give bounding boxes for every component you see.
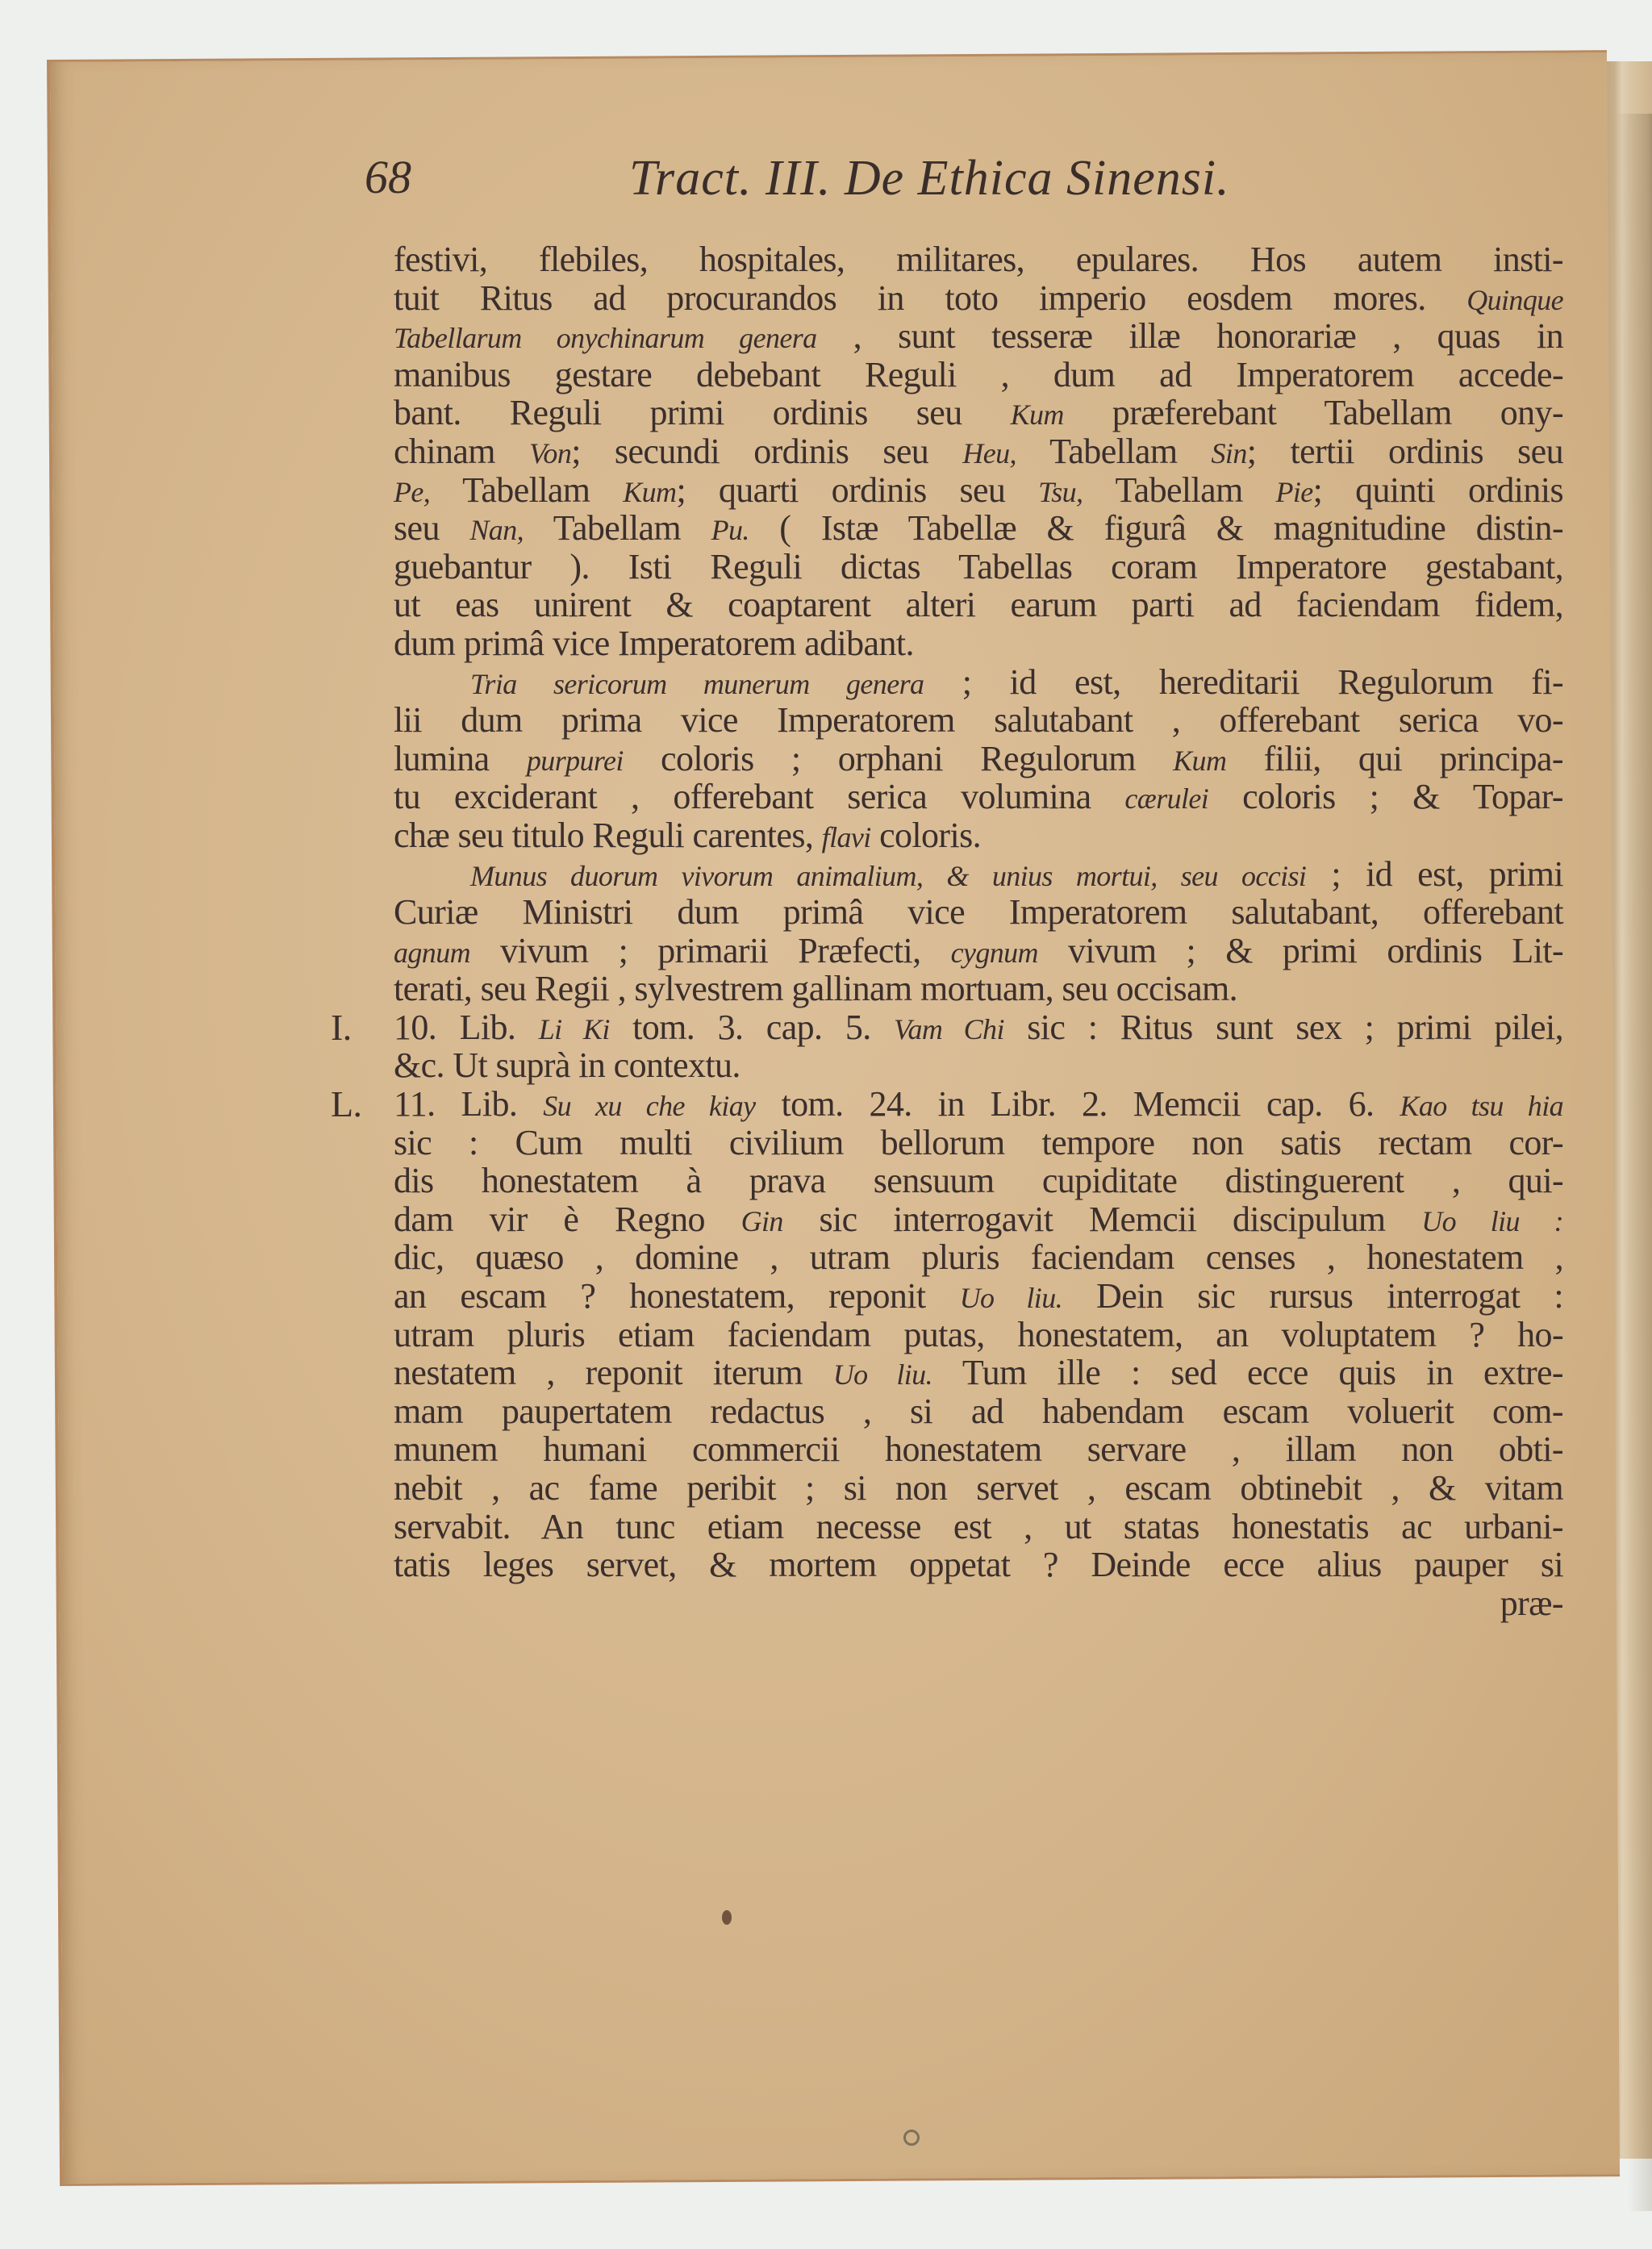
italic-term: Pu. <box>711 514 749 546</box>
text-run: terati, seu Regii , sylvestrem gallinam … <box>394 969 1237 1008</box>
text-run: , sunt tesseræ illæ honorariæ , quas in <box>817 316 1563 356</box>
text-line: &c. Ut suprà in contextu. <box>394 1046 1563 1085</box>
italic-term: cærulei <box>1124 782 1208 815</box>
italic-term: Pe, <box>394 476 430 508</box>
text-line: guebantur ). Isti Reguli dictas Tabellas… <box>394 548 1563 586</box>
italic-term: Uo liu. <box>960 1282 1062 1314</box>
text-run: ut eas unirent & coaptarent alteri earum… <box>394 585 1563 624</box>
text-run: ( Istæ Tabellæ & figurâ & magnitudine di… <box>749 508 1563 548</box>
text-line: an escam ? honestatem, reponit Uo liu. D… <box>394 1277 1563 1316</box>
text-run: nestatem , reponit iterum <box>394 1353 833 1392</box>
text-line: Tria sericorum munerum genera ; id est, … <box>394 663 1563 702</box>
text-run: &c. Ut suprà in contextu. <box>394 1045 740 1085</box>
text-run: tatis leges servet, & mortem oppetat ? D… <box>394 1545 1563 1584</box>
text-line: terati, seu Regii , sylvestrem gallinam … <box>394 970 1563 1008</box>
text-run: festivi, flebiles, hospitales, militares… <box>394 240 1563 279</box>
text-run: coloris. <box>871 816 981 855</box>
text-run: tom. 3. cap. 5. <box>610 1008 894 1047</box>
text-line: nebit , ac fame peribit ; si non servet … <box>394 1469 1563 1508</box>
italic-term: Su xu che kiay <box>543 1090 755 1122</box>
text-run: tu exciderant , offerebant serica volumi… <box>394 777 1124 816</box>
italic-term: Kum <box>1011 398 1064 431</box>
text-line: tatis leges servet, & mortem oppetat ? D… <box>394 1546 1563 1584</box>
italic-term: Kao tsu hia <box>1400 1090 1563 1122</box>
text-run: servabit. An tunc etiam necesse est , ut… <box>394 1507 1563 1546</box>
italic-term: Gin <box>741 1205 783 1237</box>
text-line: L.11. Lib. Su xu che kiay tom. 24. in Li… <box>394 1085 1563 1124</box>
text-run: 11. Lib. <box>394 1084 543 1124</box>
text-run: chæ seu titulo Reguli carentes, <box>394 816 822 855</box>
text-run: seu <box>394 508 469 548</box>
text-line: seu Nan, Tabellam Pu. ( Istæ Tabellæ & f… <box>394 509 1563 548</box>
text-line: Pe, Tabellam Kum; quarti ordinis seu Tsu… <box>394 471 1563 510</box>
text-run: dum primâ vice Imperatorem adibant. <box>394 624 914 663</box>
text-line: nestatem , reponit iterum Uo liu. Tum il… <box>394 1354 1563 1392</box>
text-line: mam paupertatem redactus , si ad habenda… <box>394 1392 1563 1431</box>
text-run: vivum ; & primi ordinis Lit- <box>1038 931 1563 970</box>
italic-term: Heu, <box>962 437 1016 469</box>
text-run: Tabellam <box>430 470 623 510</box>
text-run: utram pluris etiam faciendam putas, hone… <box>394 1315 1563 1354</box>
text-line: utram pluris etiam faciendam putas, hone… <box>394 1316 1563 1354</box>
text-line: sic : Cum multi civilium bellorum tempor… <box>394 1124 1563 1162</box>
italic-term: Kum <box>1173 745 1226 777</box>
text-line: Tabellarum onychinarum genera , sunt tes… <box>394 317 1563 356</box>
text-line: tuit Ritus ad procurandos in toto imperi… <box>394 279 1563 318</box>
text-run: Dein sic rursus interrogat : <box>1062 1276 1563 1316</box>
italic-term: cygnum <box>951 937 1038 969</box>
italic-term: Sin <box>1212 437 1247 469</box>
note-marker: I. <box>331 1008 352 1047</box>
text-run: ; id est, hereditarii Regulorum fi- <box>924 662 1563 702</box>
text-line: Curiæ Ministri dum primâ vice Imperatore… <box>394 893 1563 932</box>
text-run: munem humani commercii honestatem servar… <box>394 1429 1563 1469</box>
text-run: lii dum prima vice Imperatorem salutaban… <box>394 700 1563 740</box>
text-run: Tum ille : sed ecce quis in extre- <box>932 1353 1563 1392</box>
text-run: manibus gestare debebant Reguli , dum ad… <box>394 355 1563 394</box>
italic-term: Tabellarum onychinarum genera <box>394 322 817 354</box>
italic-term: Tria sericorum munerum genera <box>470 668 924 700</box>
text-line: I.10. Lib. Li Ki tom. 3. cap. 5. Vam Chi… <box>394 1008 1563 1047</box>
italic-term: Li Ki <box>539 1013 610 1045</box>
italic-term: Quinque <box>1466 284 1563 316</box>
note-marker: L. <box>331 1085 361 1124</box>
text-line: agnum vivum ; primarii Præfecti, cygnum … <box>394 932 1563 970</box>
italic-term: Uo liu : <box>1421 1205 1563 1237</box>
text-run: an escam ? honestatem, reponit <box>394 1276 960 1316</box>
text-line: munem humani commercii honestatem servar… <box>394 1430 1563 1469</box>
italic-term: Uo liu. <box>833 1358 932 1391</box>
italic-term: purpurei <box>527 745 624 777</box>
text-run: ; quarti ordinis seu <box>676 470 1038 510</box>
running-head-title: Tract. III. De Ethica Sinensi. <box>629 150 1230 207</box>
text-run: dic, quæso , domine , utram pluris facie… <box>394 1237 1563 1277</box>
italic-term: Kum <box>623 476 676 508</box>
text-line: manibus gestare debebant Reguli , dum ad… <box>394 356 1563 394</box>
italic-term: Nan, <box>469 514 524 546</box>
text-run: sic interrogavit Memcii discipulum <box>783 1200 1421 1239</box>
ink-spot <box>722 1910 732 1925</box>
text-run: sic : Ritus sunt sex ; primi pilei, <box>1004 1008 1563 1047</box>
text-line: Munus duorum vivorum animalium, & unius … <box>394 855 1563 894</box>
text-run: sic : Cum multi civilium bellorum tempor… <box>394 1123 1563 1162</box>
italic-term: Pie <box>1276 476 1313 508</box>
text-line: festivi, flebiles, hospitales, militares… <box>394 240 1563 279</box>
text-run: ; id est, primi <box>1306 854 1563 894</box>
text-run: Tabellam <box>1083 470 1275 510</box>
text-line: chinam Von; secundi ordinis seu Heu, Tab… <box>394 432 1563 471</box>
text-run: mam paupertatem redactus , si ad habenda… <box>394 1392 1563 1431</box>
text-run: dam vir è Regno <box>394 1200 741 1239</box>
italic-term: Tsu, <box>1038 476 1083 508</box>
text-run: bant. Reguli primi ordinis seu <box>394 393 1011 432</box>
text-line: ut eas unirent & coaptarent alteri earum… <box>394 586 1563 624</box>
running-head: 68 Tract. III. De Ethica Sinensi. <box>315 150 1460 223</box>
text-line: dic, quæso , domine , utram pluris facie… <box>394 1238 1563 1277</box>
text-run: præferebant Tabellam ony- <box>1064 393 1563 432</box>
text-line: chæ seu titulo Reguli carentes, flavi co… <box>394 816 1563 855</box>
text-run: præ- <box>1500 1583 1563 1623</box>
text-line: dis honestatem à prava sensuum cupiditat… <box>394 1162 1563 1200</box>
text-run: nebit , ac fame peribit ; si non servet … <box>394 1468 1563 1508</box>
text-run: ; secundi ordinis seu <box>571 432 962 471</box>
page-number: 68 <box>365 150 411 204</box>
text-run: guebantur ). Isti Reguli dictas Tabellas… <box>394 547 1563 586</box>
paper-hole <box>903 2130 920 2146</box>
text-run: chinam <box>394 432 529 471</box>
text-run: tom. 24. in Libr. 2. Memcii cap. 6. <box>755 1084 1400 1124</box>
body-text: festivi, flebiles, hospitales, militares… <box>394 240 1563 1622</box>
text-line: tu exciderant , offerebant serica volumi… <box>394 778 1563 816</box>
text-run: ; tertii ordinis seu <box>1247 432 1563 471</box>
text-run: ; quinti ordinis <box>1313 470 1563 510</box>
text-line: lumina purpurei coloris ; orphani Regulo… <box>394 740 1563 778</box>
text-run: dis honestatem à prava sensuum cupiditat… <box>394 1161 1563 1200</box>
italic-term: agnum <box>394 937 470 969</box>
italic-term: Von <box>529 437 571 469</box>
text-run: vivum ; primarii Præfecti, <box>470 931 951 970</box>
italic-term: Munus duorum vivorum animalium, & unius … <box>470 860 1306 892</box>
text-run: 10. Lib. <box>394 1008 539 1047</box>
italic-term: flavi <box>822 821 871 853</box>
text-line: lii dum prima vice Imperatorem salutaban… <box>394 701 1563 740</box>
text-run: Tabellam <box>524 508 711 548</box>
text-line: servabit. An tunc etiam necesse est , ut… <box>394 1508 1563 1546</box>
text-line: bant. Reguli primi ordinis seu Kum præfe… <box>394 394 1563 432</box>
text-run: Tabellam <box>1016 432 1212 471</box>
text-line: dum primâ vice Imperatorem adibant. <box>394 624 1563 663</box>
text-line: dam vir è Regno Gin sic interrogavit Mem… <box>394 1200 1563 1239</box>
text-run: tuit Ritus ad procurandos in toto imperi… <box>394 278 1466 318</box>
text-run: coloris ; orphani Regulorum <box>624 739 1173 778</box>
text-line: præ- <box>394 1584 1563 1623</box>
italic-term: Vam Chi <box>894 1013 1004 1045</box>
text-run: coloris ; & Topar- <box>1208 777 1563 816</box>
text-run: lumina <box>394 739 527 778</box>
text-run: Curiæ Ministri dum primâ vice Imperatore… <box>394 892 1563 932</box>
text-run: filii, qui principa- <box>1226 739 1563 778</box>
